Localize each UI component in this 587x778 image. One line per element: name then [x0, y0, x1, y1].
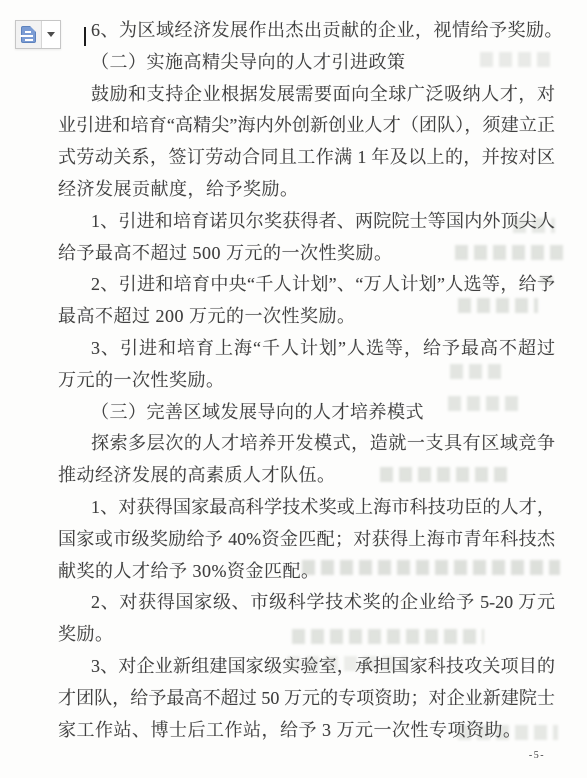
- document-line[interactable]: 2、对获得国家级、市级科学技术奖的企业给予 5-20 万元的: [58, 587, 555, 619]
- document-line[interactable]: 1、对获得国家最高科学技术奖或上海市科技功臣的人才，按: [58, 492, 555, 524]
- document-line[interactable]: （三）完善区域发展导向的人才培养模式: [58, 397, 555, 429]
- document-line[interactable]: 国家或市级奖励给予 40%资金匹配；对获得上海市青年科技杰出贡: [58, 524, 555, 556]
- page-number: -5-: [518, 750, 556, 761]
- document-canvas[interactable]: 6、为区域经济发展作出杰出贡献的企业，视情给予奖励。（二）实施高精尖导向的人才引…: [0, 0, 587, 778]
- document-line[interactable]: （二）实施高精尖导向的人才引进政策: [58, 47, 555, 79]
- document-line[interactable]: 献奖的人才给予 30%资金匹配。: [58, 556, 555, 588]
- paste-options-button[interactable]: [15, 20, 61, 49]
- document-line[interactable]: 万元的一次性奖励。: [58, 365, 555, 397]
- document-line[interactable]: 业引进和培育“高精尖”海内外创新创业人才（团队），须建立正: [58, 110, 555, 142]
- document-line[interactable]: 鼓励和支持企业根据发展需要面向全球广泛吸纳人才，对企: [58, 79, 555, 111]
- paste-options-icon[interactable]: [16, 21, 42, 48]
- document-line[interactable]: 奖励。: [58, 619, 555, 651]
- document-line[interactable]: 推动经济发展的高素质人才队伍。: [58, 460, 555, 492]
- document-line[interactable]: 才团队，给予最高不超过 50 万元的专项资助；对企业新建院士专: [58, 683, 555, 715]
- document-line[interactable]: 给予最高不超过 500 万元的一次性奖励。: [58, 238, 555, 270]
- document-line[interactable]: 最高不超过 200 万元的一次性奖励。: [58, 301, 555, 333]
- paste-document-icon: [21, 26, 36, 43]
- document-line[interactable]: 6、为区域经济发展作出杰出贡献的企业，视情给予奖励。: [58, 15, 555, 47]
- document-text: 6、为区域经济发展作出杰出贡献的企业，视情给予奖励。（二）实施高精尖导向的人才引…: [58, 15, 555, 746]
- document-line[interactable]: 家工作站、博士后工作站，给予 3 万元一次性专项资助。: [58, 715, 555, 747]
- document-line[interactable]: 经济发展贡献度，给予奖励。: [58, 174, 555, 206]
- document-line[interactable]: 1、引进和培育诺贝尔奖获得者、两院院士等国内外顶尖人才，: [58, 206, 555, 238]
- document-line[interactable]: 式劳动关系，签订劳动合同且工作满 1 年及以上的，并按对区域: [58, 142, 555, 174]
- document-line[interactable]: 2、引进和培育中央“千人计划”、“万人计划”人选等，给予: [58, 269, 555, 301]
- document-line[interactable]: 3、引进和培育上海“千人计划”人选等，给予最高不超过 100: [58, 333, 555, 365]
- document-line[interactable]: 探索多层次的人才培养开发模式，造就一支具有区域竞争力、: [58, 428, 555, 460]
- chevron-down-icon: [47, 32, 55, 37]
- document-line[interactable]: 3、对企业新组建国家级实验室，承担国家科技攻关项目的人: [58, 651, 555, 683]
